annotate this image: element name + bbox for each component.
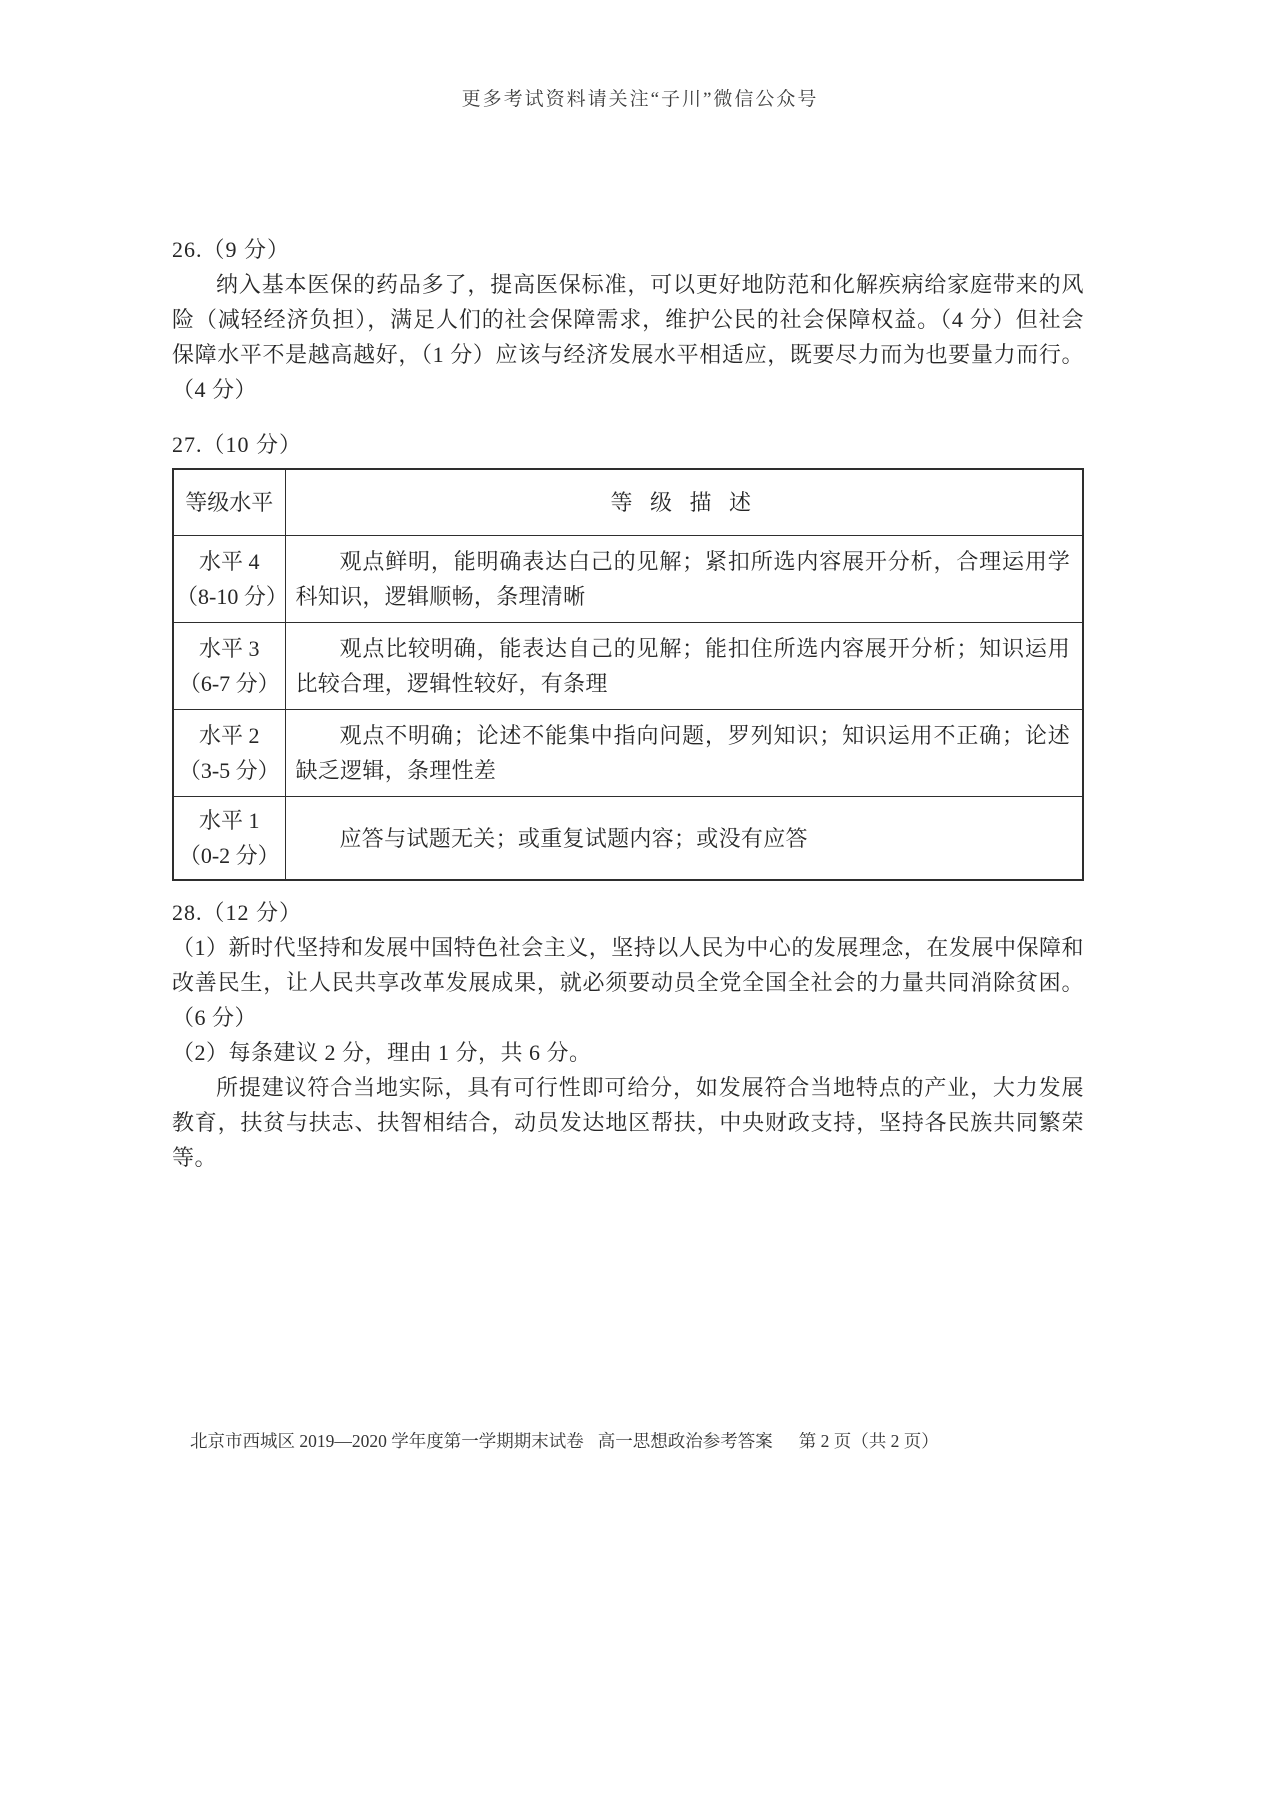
footer-subject: 高一思想政治参考答案 [598, 1431, 773, 1451]
page-footer: 北京市西城区 2019—2020 学年度第一学期期末试卷高一思想政治参考答案第 … [190, 1428, 1190, 1453]
rubric-level-score: （6-7 分） [176, 666, 283, 701]
table-row: 水平 2 （3-5 分） 观点不明确；论述不能集中指向问题，罗列知识；知识运用不… [173, 710, 1083, 797]
question-27-heading: 27.（10 分） [172, 427, 1084, 462]
question-28-part1-answer: （1）新时代坚持和发展中国特色社会主义，坚持以人民为中心的发展理念，在发展中保障… [172, 930, 1084, 1035]
footer-exam-title: 北京市西城区 2019—2020 学年度第一学期期末试卷 [190, 1431, 584, 1451]
table-row: 水平 4 （8-10 分） 观点鲜明，能明确表达白己的见解；紧扣所选内容展开分析… [173, 536, 1083, 623]
rubric-level-4-desc-cell: 观点鲜明，能明确表达白己的见解；紧扣所选内容展开分析，合理运用学科知识，逻辑顺畅… [285, 536, 1083, 623]
rubric-level-2-desc-cell: 观点不明确；论述不能集中指向问题，罗列知识；知识运用不正确；论述缺乏逻辑，条理性… [285, 710, 1083, 797]
question-26-answer: 纳入基本医保的药品多了，提高医保标准，可以更好地防范和化解疾病给家庭带来的风险（… [172, 267, 1084, 407]
question-26-heading: 26.（9 分） [172, 232, 1084, 267]
rubric-level-label: 水平 4 [176, 544, 283, 579]
rubric-level-score: （8-10 分） [176, 579, 283, 614]
rubric-level-label: 水平 3 [176, 631, 283, 666]
rubric-desc: 观点比较明确，能表达自己的见解；能扣住所选内容展开分析；知识运用比较合理，逻辑性… [296, 631, 1071, 701]
rubric-level-1-desc-cell: 应答与试题无关；或重复试题内容；或没有应答 [285, 797, 1083, 881]
table-row: 水平 1 （0-2 分） 应答与试题无关；或重复试题内容；或没有应答 [173, 797, 1083, 881]
rubric-level-3-cell: 水平 3 （6-7 分） [173, 623, 285, 710]
rubric-header-row: 等级水平 等 级 描 述 [173, 469, 1083, 536]
page-header-promo: 更多考试资料请关注“子川”微信公众号 [0, 84, 1280, 111]
question-28-part2-scoring: （2）每条建议 2 分，理由 1 分，共 6 分。 [172, 1035, 1084, 1070]
question-28-heading: 28.（12 分） [172, 895, 1084, 930]
rubric-header-desc: 等 级 描 述 [285, 469, 1083, 536]
table-row: 水平 3 （6-7 分） 观点比较明确，能表达自己的见解；能扣住所选内容展开分析… [173, 623, 1083, 710]
rubric-level-label: 水平 2 [176, 718, 283, 753]
document-page: 更多考试资料请关注“子川”微信公众号 26.（9 分） 纳入基本医保的药品多了，… [0, 0, 1280, 1810]
rubric-level-label: 水平 1 [176, 803, 283, 838]
answer-content: 26.（9 分） 纳入基本医保的药品多了，提高医保标准，可以更好地防范和化解疾病… [172, 232, 1084, 1175]
rubric-level-3-desc-cell: 观点比较明确，能表达自己的见解；能扣住所选内容展开分析；知识运用比较合理，逻辑性… [285, 623, 1083, 710]
rubric-desc: 应答与试题无关；或重复试题内容；或没有应答 [296, 821, 1071, 856]
rubric-level-score: （0-2 分） [176, 838, 283, 873]
rubric-desc: 观点不明确；论述不能集中指向问题，罗列知识；知识运用不正确；论述缺乏逻辑，条理性… [296, 718, 1071, 788]
rubric-level-1-cell: 水平 1 （0-2 分） [173, 797, 285, 881]
rubric-desc: 观点鲜明，能明确表达白己的见解；紧扣所选内容展开分析，合理运用学科知识，逻辑顺畅… [296, 544, 1071, 614]
rubric-level-score: （3-5 分） [176, 753, 283, 788]
rubric-level-4-cell: 水平 4 （8-10 分） [173, 536, 285, 623]
rubric-level-2-cell: 水平 2 （3-5 分） [173, 710, 285, 797]
question-28-part2-answer: 所提建议符合当地实际，具有可行性即可给分，如发展符合当地特点的产业，大力发展教育… [172, 1070, 1084, 1175]
footer-page-number: 第 2 页（共 2 页） [799, 1431, 939, 1451]
rubric-header-level: 等级水平 [173, 469, 285, 536]
grading-rubric-table: 等级水平 等 级 描 述 水平 4 （8-10 分） 观点鲜明，能明确表达白己的… [172, 468, 1084, 881]
